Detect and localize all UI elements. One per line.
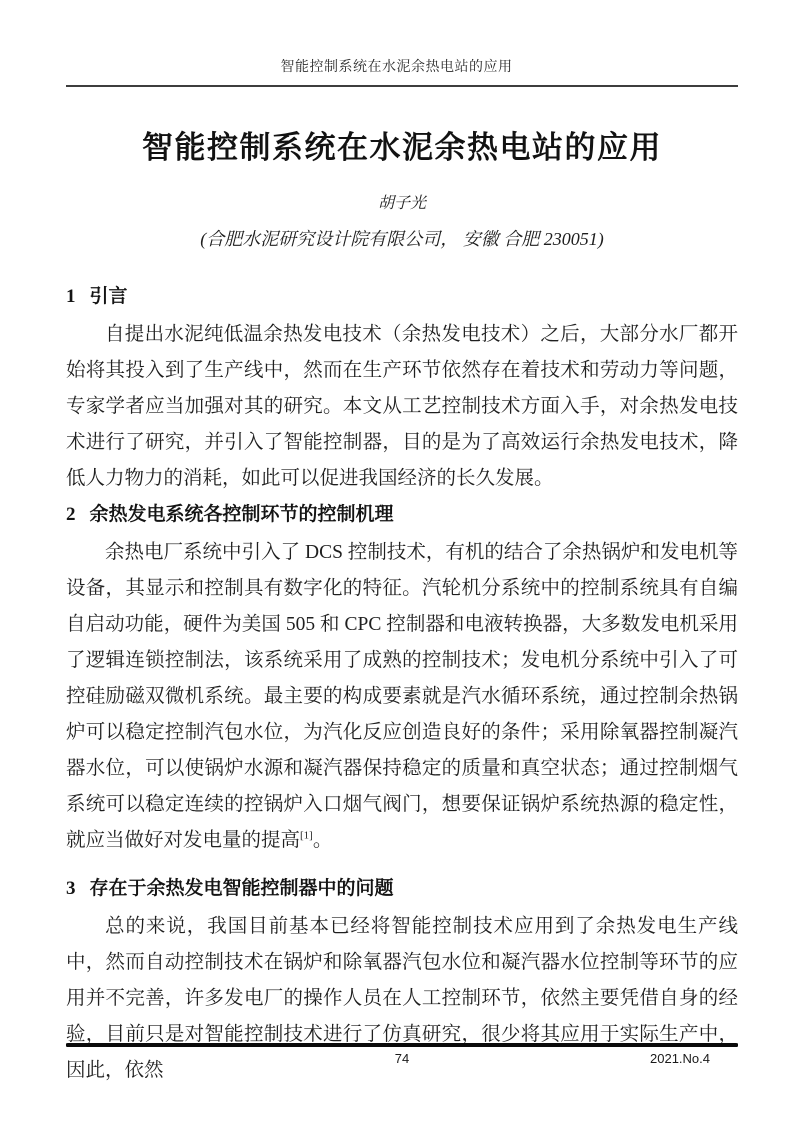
section-heading-1: 1引言 bbox=[66, 283, 738, 311]
section-number: 1 bbox=[66, 283, 76, 311]
section-control-mechanism: 2余热发电系统各控制环节的控制机理 余热电厂系统中引入了 DCS 控制技术，有机… bbox=[66, 501, 738, 859]
page-number: 74 bbox=[66, 1051, 738, 1067]
article-author: 胡子光 bbox=[66, 191, 738, 217]
section-number: 2 bbox=[66, 501, 76, 529]
paragraph: 余热电厂系统中引入了 DCS 控制技术，有机的结合了余热锅炉和发电机等设备，其显… bbox=[66, 535, 738, 859]
paragraph-text: 余热电厂系统中引入了 DCS 控制技术，有机的结合了余热锅炉和发电机等设备，其显… bbox=[66, 542, 738, 851]
footer-rule bbox=[66, 1043, 738, 1047]
reference-marker: [1] bbox=[300, 830, 313, 842]
paragraph: 自提出水泥纯低温余热发电技术（余热发电技术）之后，大部分水厂都开始将其投入到了生… bbox=[66, 317, 738, 497]
section-heading-3: 3存在于余热发电智能控制器中的问题 bbox=[66, 875, 738, 903]
running-header-title: 智能控制系统在水泥余热电站的应用 bbox=[0, 57, 793, 79]
document-page: 智能控制系统在水泥余热电站的应用 智能控制系统在水泥余热电站的应用 胡子光 (合… bbox=[0, 0, 793, 1122]
paragraph-end-punctuation: 。 bbox=[313, 830, 333, 851]
article-content: 智能控制系统在水泥余热电站的应用 胡子光 (合肥水泥研究设计院有限公司， 安徽 … bbox=[66, 127, 738, 1089]
running-header: 智能控制系统在水泥余热电站的应用 bbox=[0, 0, 793, 87]
section-introduction: 1引言 自提出水泥纯低温余热发电技术（余热发电技术）之后，大部分水厂都开始将其投… bbox=[66, 283, 738, 497]
article-affiliation: (合肥水泥研究设计院有限公司， 安徽 合肥 230051) bbox=[66, 225, 738, 253]
section-number: 3 bbox=[66, 875, 76, 903]
article-title: 智能控制系统在水泥余热电站的应用 bbox=[66, 127, 738, 169]
header-rule bbox=[66, 85, 738, 87]
footer-meta: 74 2021.No.4 bbox=[66, 1051, 738, 1067]
section-title: 余热发电系统各控制环节的控制机理 bbox=[90, 504, 394, 525]
page-footer: 74 2021.No.4 bbox=[66, 1043, 738, 1067]
section-title: 存在于余热发电智能控制器中的问题 bbox=[90, 878, 394, 899]
section-title: 引言 bbox=[90, 286, 128, 307]
journal-issue: 2021.No.4 bbox=[650, 1051, 710, 1067]
section-heading-2: 2余热发电系统各控制环节的控制机理 bbox=[66, 501, 738, 529]
